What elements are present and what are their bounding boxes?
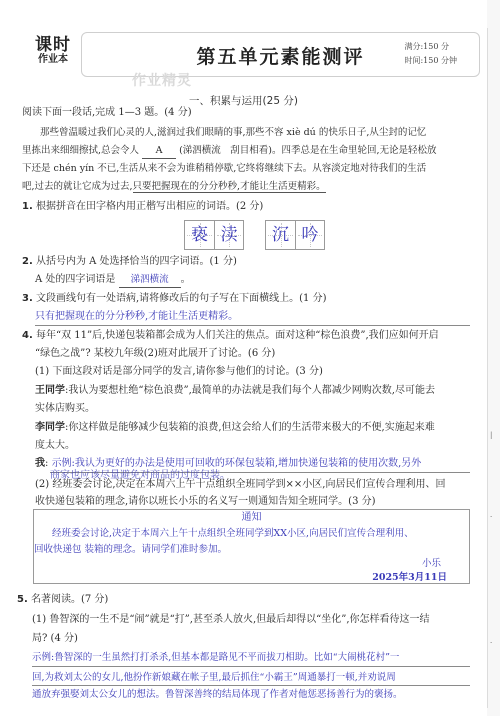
brand-line1: 课时: [33, 36, 73, 54]
answer-char: 吟: [302, 225, 319, 245]
q3-number: 3.: [22, 293, 33, 304]
underlined-sentence: 只要把握现在的分分秒秒,才能让生活更精彩。: [133, 181, 326, 193]
q5-text: 名著阅读。(7 分): [31, 594, 108, 605]
grid-cell[interactable]: 亵: [185, 221, 214, 249]
answer-line: [32, 666, 470, 667]
passage-line-4: 吧,过去的就让它成为过去,只要把握现在的分分秒秒,才能让生活更精彩。: [22, 180, 326, 194]
speaker-me: 我: [35, 458, 45, 469]
q2-answer-line: A 处的四字词语是 涕泗横流。: [35, 273, 191, 288]
notice-answer-box[interactable]: 通知 经班委会讨论,决定于本周六上午十点组织全班同学到XX小区,向居民们宣传合理…: [33, 509, 470, 584]
answer-line: [32, 685, 470, 686]
me-answer-1[interactable]: 示例:我认为更好的办法是使用可回收的环保包装箱,增加快递包装箱的使用次数,另外: [52, 458, 422, 469]
passage-line-2: 里拣出来细细擦拭,总会令人 A (涕泗横流 刮目相看)。四季总是在生命里轮回,无…: [22, 144, 437, 159]
wang-text-1: :我认为要想杜绝“棕色浪费”,最简单的办法就是我们每个人都减少网购次数,尽可能去: [65, 385, 435, 396]
passage-line-4a: 吧,过去的就让它成为过去,: [22, 181, 133, 192]
tianzige-grid-2[interactable]: 沉 吟: [265, 220, 325, 250]
q1-number: 1.: [22, 201, 33, 212]
q2-text: 从括号内为 A 处选择恰当的四字词语。(1 分): [36, 256, 237, 267]
answer-line: [35, 325, 470, 326]
notice-body-2: 回收快递包 装箱的理念。请同学们准时参加。: [34, 543, 227, 557]
edge-mark: ·: [490, 514, 492, 521]
tianzige-grid-1[interactable]: 亵 渎: [184, 220, 244, 250]
q4-text-1: 每年“双 11”后,快递包装箱都会成为人们关注的焦点。面对这种“棕色浪费”,我们…: [36, 330, 439, 341]
answer-char: 亵: [191, 225, 208, 245]
q1: 1. 根据拼音在田字格内用正楷写出相应的词语。(2 分): [22, 200, 263, 214]
q5-number: 5.: [17, 594, 28, 605]
answer-char: 沉: [272, 225, 289, 245]
q5-answer-2[interactable]: 回,为救刘太公的女儿,他扮作新娘藏在帐子里,最后抓住“小霸王”周通暴打一顿,并劝…: [32, 671, 396, 685]
q4-sub1: (1) 下面这段对话是部分同学的发言,请你参与他们的讨论。(3 分): [35, 365, 323, 379]
q2-end: 。: [181, 274, 191, 285]
blank-a: A: [142, 144, 176, 159]
grid-cell[interactable]: 吟: [295, 221, 324, 249]
passage-line-2a: 里拣出来细细擦拭,总会令人: [22, 145, 139, 156]
grid-cell[interactable]: 沉: [266, 221, 295, 249]
exam-meta: 满分:150 分 时间:150 分钟: [404, 40, 457, 68]
q5-answer-1[interactable]: 示例:鲁智深的一生虽然打打杀杀,但基本都是路见不平而拔刀相助。比如“大闹桃花村”…: [32, 651, 399, 665]
q4-line-2: “绿色之战”? 某校九年级(2)班对此展开了讨论。(6 分): [35, 347, 275, 361]
li-speech-2: 度太大。: [35, 439, 75, 453]
edge-mark: |: [490, 432, 492, 439]
answer-char: 渎: [221, 225, 238, 245]
speaker-li: 李同学: [35, 422, 65, 433]
worksheet-page: 课时 作业本 第五单元素能测评 满分:150 分 时间:150 分钟 作业精灵 …: [0, 0, 487, 716]
q2-prompt: A 处的四字词语是: [35, 274, 115, 285]
q3-answer[interactable]: 只有把握现在的分分秒秒,才能让生活更精彩。: [35, 310, 238, 324]
wang-speech-1: 王同学:我认为要想杜绝“棕色浪费”,最简单的办法就是我们每个人都减少网购次数,尽…: [35, 384, 435, 398]
q3: 3. 文段画线句有一处语病,请将修改后的句子写在下面横线上。(1 分): [22, 292, 326, 306]
q2-answer[interactable]: 涕泗横流: [119, 273, 181, 288]
notice-body-1: 经班委会讨论,决定于本周六上午十点组织全班同学到XX小区,向居民们宣传合理利用、: [52, 527, 414, 541]
edge-mark: ·: [490, 640, 492, 647]
q4-line-1: 4. 每年“双 11”后,快递包装箱都会成为人们关注的焦点。面对这种“棕色浪费”…: [22, 329, 439, 343]
q5: 5. 名著阅读。(7 分): [17, 593, 108, 607]
reading-intro: 阅读下面一段话,完成 1—3 题。(4 分): [22, 106, 192, 120]
q4-sub2-line-2: 收快递包装箱的理念,请你以班长小乐的名义写一则通知告知全班同学。(3 分): [35, 495, 376, 509]
speaker-wang: 王同学: [35, 385, 65, 396]
notice-signer: 小乐: [422, 557, 441, 571]
time-limit: 时间:150 分钟: [404, 54, 457, 68]
q5-sub1-line-1: (1) 鲁智深的一生不是“闹”就是“打”,甚至杀人放火,但最后却得以“坐化”,你…: [32, 613, 430, 627]
me-colon: :: [45, 458, 48, 469]
passage-line-1: 那些曾温暖过我们心灵的人,滋润过我们眼睛的事,那些不容 xiè dú 的快乐日子…: [40, 126, 426, 140]
page-edge: [487, 28, 488, 708]
q4-number: 4.: [22, 330, 33, 341]
q2-number: 2.: [22, 256, 33, 267]
q2: 2. 从括号内为 A 处选择恰当的四字词语。(1 分): [22, 255, 237, 269]
full-score: 满分:150 分: [404, 40, 457, 54]
notice-date: 2025年3月11日: [372, 571, 447, 585]
q3-text: 文段画线句有一处语病,请将修改后的句子写在下面横线上。(1 分): [36, 293, 327, 304]
q5-sub1-line-2: 局? (4 分): [32, 632, 78, 646]
q1-text: 根据拼音在田字格内用正楷写出相应的词语。(2 分): [36, 201, 263, 212]
brand-line2: 作业本: [33, 54, 73, 66]
watermark: 作业精灵: [132, 70, 192, 90]
q5-answer-3[interactable]: 通放弃强娶刘太公女儿的想法。鲁智深善终的结局体现了作者对他惩恶扬善行为的褒扬。: [32, 688, 403, 702]
passage-line-3: 下还是 chén yín 不已,生活从来不会为谁稍稍停歇,它终将继续下去。从容淡…: [22, 162, 426, 176]
notice-title: 通知: [34, 511, 469, 525]
grid-cell[interactable]: 渎: [214, 221, 243, 249]
passage-line-2b: (涕泗横流 刮目相看)。四季总是在生命里轮回,无论是轻松放: [179, 145, 436, 156]
brand-logo: 课时 作业本: [33, 36, 73, 66]
li-speech-1: 李同学:你这样做是能够减少包装箱的浪费,但这会给人们的生活带来极大的不便,实施起…: [35, 421, 435, 435]
li-text-1: :你这样做是能够减少包装箱的浪费,但这会给人们的生活带来极大的不便,实施起来难: [65, 422, 435, 433]
q4-sub2-line-1: (2) 经班委会讨论,决定在本周六上午十点组织全班同学到××小区,向居民们宣传合…: [35, 478, 445, 492]
wang-speech-2: 实体店购买。: [35, 402, 95, 416]
